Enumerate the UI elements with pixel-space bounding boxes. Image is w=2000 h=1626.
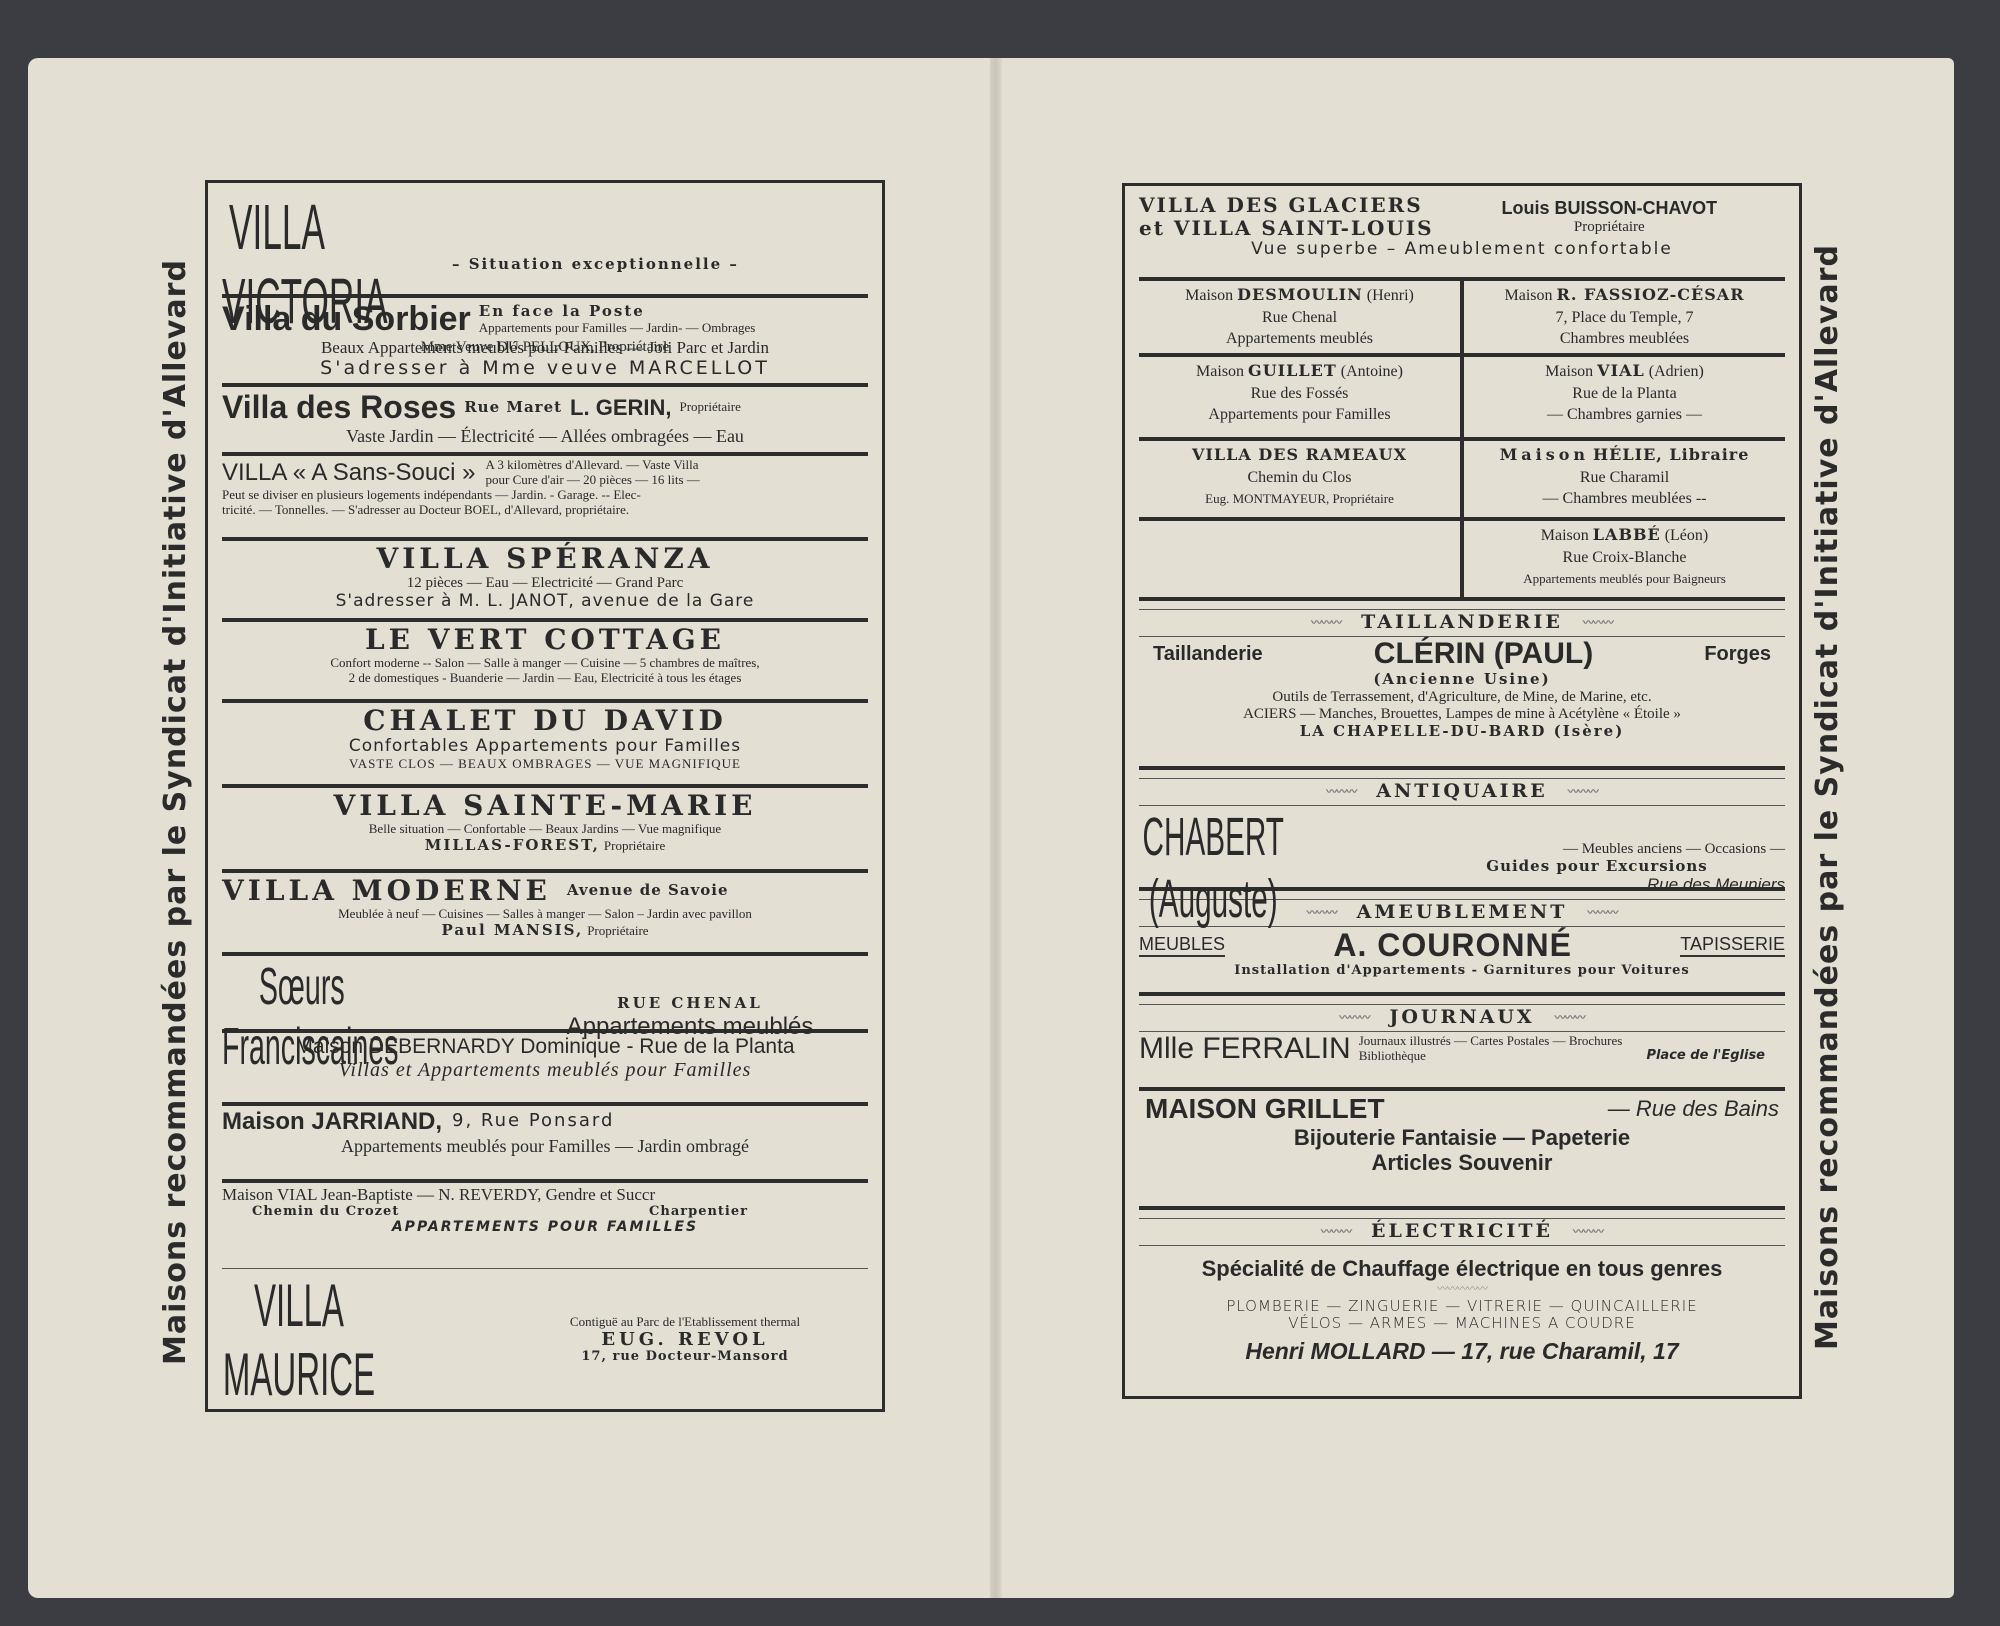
cell-prefix: Maison bbox=[1541, 527, 1589, 544]
ad-line: APPARTEMENTS POUR FAMILLES bbox=[222, 1219, 868, 1235]
ad-title: A. COURONNÉ bbox=[1333, 927, 1572, 964]
ad-maison-jarriand: Maison JARRIAND, 9, Rue Ponsard Appartem… bbox=[222, 1106, 868, 1183]
ad-street: Avenue de Savoie bbox=[567, 882, 729, 899]
cell-name: VILLA DES RAMEAUX bbox=[1192, 445, 1407, 464]
heading-text: JOURNAUX bbox=[1389, 1006, 1534, 1028]
ad-owner: L. GERIN, bbox=[570, 395, 671, 420]
wavy-rule-icon: 〰〰〰 bbox=[1583, 616, 1613, 629]
cell-line: 7, Place du Temple, 7 bbox=[1555, 309, 1693, 326]
cell-prefix: Maison bbox=[1196, 363, 1244, 380]
ad-line: Articles Souvenir bbox=[1139, 1150, 1785, 1175]
ad-owner-role: Propriétaire bbox=[680, 400, 741, 415]
ad-right-label: TAPISSERIE bbox=[1680, 934, 1785, 957]
ad-title: et VILLA SAINT-LOUIS bbox=[1139, 217, 1434, 240]
ad-street: 9, Rue Ponsard bbox=[452, 1111, 614, 1132]
wavy-rule-icon: 〰〰〰〰〰 bbox=[1139, 1283, 1785, 1296]
ad-line: Outils de Terrassement, d'Agriculture, d… bbox=[1139, 689, 1785, 706]
ad-line: Vaste Jardin — Électricité — Allées ombr… bbox=[222, 426, 868, 447]
ad-owner-role: Propriétaire bbox=[587, 923, 648, 938]
ad-owner: EUG. REVOL bbox=[502, 1330, 868, 1351]
cell-suffix: (Henri) bbox=[1367, 287, 1414, 304]
ad-taillanderie: 〰〰〰TAILLANDERIE〰〰〰 Taillanderie CLÉRIN (… bbox=[1139, 601, 1785, 770]
ad-owner-role: Propriétaire bbox=[604, 838, 665, 853]
cell-line: Rue de la Planta bbox=[1572, 385, 1676, 402]
ad-chalet-du-david: CHALET DU DAVID Confortables Appartement… bbox=[222, 703, 868, 788]
ad-line: Meublée à neuf — Cuisines — Salles à man… bbox=[222, 907, 868, 922]
ad-soeurs-franciscaines: Sœurs Franciscaines RUE CHENAL Apparteme… bbox=[222, 956, 868, 1033]
ad-title: CHABERT (Auguste) bbox=[1139, 806, 1288, 930]
ad-le-vert-cottage: LE VERT COTTAGE Confort moderne -- Salon… bbox=[222, 622, 868, 703]
cell-name: HÉLIE, Libraire bbox=[1593, 445, 1749, 464]
ad-title: LE VERT COTTAGE bbox=[222, 624, 868, 656]
cell-line: Rue Chenal bbox=[1262, 309, 1337, 326]
ad-title: Maison VIAL Jean-Baptiste — N. REVERDY, … bbox=[222, 1185, 868, 1205]
ad-line: tricité. — Tonnelles. — S'adresser au Do… bbox=[222, 503, 868, 518]
listing-row: Maison GUILLET (Antoine)Rue des FossésAp… bbox=[1139, 357, 1785, 441]
ad-line: En face la Poste bbox=[479, 303, 756, 320]
ad-street: Rue Maret bbox=[464, 399, 562, 416]
ad-tagline: – Situation exceptionnelle – bbox=[452, 256, 739, 273]
ad-title: VILLA SPÉRANZA bbox=[222, 543, 868, 575]
listing-cell-empty bbox=[1139, 521, 1464, 597]
listing-cell: VILLA DES RAMEAUXChemin du ClosEug. MONT… bbox=[1139, 441, 1464, 517]
ad-line: Rue des Meuniers bbox=[1409, 875, 1785, 895]
cell-line: — Chambres meublées -- bbox=[1543, 490, 1707, 507]
cell-suffix: (Adrien) bbox=[1649, 363, 1704, 380]
ad-antiquaire: 〰〰〰ANTIQUAIRE〰〰〰 CHABERT (Auguste) — Meu… bbox=[1139, 770, 1785, 891]
ad-title: VILLA MODERNE bbox=[222, 875, 551, 907]
ad-right-label: Forges bbox=[1704, 643, 1771, 666]
ad-line: Spécialité de Chauffage électrique en to… bbox=[1139, 1256, 1785, 1281]
side-caption-right: Maisons recommandées par le Syndicat d'I… bbox=[1810, 244, 1845, 1350]
ad-line: pour Cure d'air — 20 pièces — 16 lits — bbox=[486, 473, 700, 488]
ad-street: — Rue des Bains bbox=[1608, 1096, 1779, 1121]
ad-line: VÉLOS — ARMES — MACHINES A COUDRE bbox=[1139, 1315, 1785, 1332]
listing-cell: Maison VIAL (Adrien)Rue de la Planta— Ch… bbox=[1464, 357, 1785, 437]
ad-line: 2 de domestiques - Buanderie — Jardin — … bbox=[222, 671, 868, 686]
cell-line: Eug. MONTMAYEUR, Propriétaire bbox=[1205, 491, 1394, 506]
listing-cell: Maison R. FASSIOZ-CÉSAR7, Place du Templ… bbox=[1464, 281, 1785, 353]
ad-line: Mme Veuve DU PELLOUX, Propriétaire bbox=[222, 339, 868, 356]
ad-line: VASTE CLOS — BEAUX OMBRAGES — VUE MAGNIF… bbox=[222, 757, 868, 772]
cell-line: Rue Charamil bbox=[1580, 469, 1669, 486]
ad-villa-speranza: VILLA SPÉRANZA 12 pièces — Eau — Electri… bbox=[222, 541, 868, 622]
ad-title: CLÉRIN (PAUL) bbox=[1374, 637, 1593, 672]
ad-title: VILLA VICTORIA bbox=[222, 191, 332, 338]
ad-owner-role: Propriétaire bbox=[1434, 219, 1785, 236]
wavy-rule-icon: 〰〰〰 bbox=[1321, 1225, 1351, 1238]
ad-villa-sans-souci: VILLA « A Sans-Souci » A 3 kilomètres d'… bbox=[222, 456, 868, 541]
ad-sub: (Ancienne Usine) bbox=[1139, 671, 1785, 688]
cell-line: Chemin du Clos bbox=[1247, 469, 1351, 486]
ad-title: Villa des Roses bbox=[222, 389, 456, 426]
wavy-rule-icon: 〰〰〰 bbox=[1339, 1011, 1369, 1024]
cell-suffix: (Antoine) bbox=[1341, 363, 1403, 380]
listing-cell: Maison GUILLET (Antoine)Rue des FossésAp… bbox=[1139, 357, 1464, 437]
ad-line: Confortables Appartements pour Familles bbox=[222, 737, 868, 757]
ad-title: Mlle FERRALIN bbox=[1139, 1032, 1351, 1067]
ad-line: PLOMBERIE — ZINGUERIE — VITRERIE — QUINC… bbox=[1139, 1298, 1785, 1315]
ad-line: Henri MOLLARD — 17, rue Charamil, 17 bbox=[1139, 1338, 1785, 1364]
book-gutter bbox=[990, 58, 1002, 1598]
cell-line: Rue des Fossés bbox=[1251, 385, 1349, 402]
listing-cell: Maison HÉLIE, LibraireRue Charamil— Cham… bbox=[1464, 441, 1785, 517]
section-heading: 〰〰〰ANTIQUAIRE〰〰〰 bbox=[1139, 778, 1785, 806]
ad-title: VILLA « A Sans-Souci » bbox=[222, 459, 476, 487]
cell-line: — Chambres garnies — bbox=[1547, 406, 1702, 423]
cell-name: R. FASSIOZ-CÉSAR bbox=[1557, 285, 1745, 304]
listing-cell: Maison DESMOULIN (Henri)Rue ChenalAppart… bbox=[1139, 281, 1464, 353]
ad-line: Bijouterie Fantaisie — Papeterie bbox=[1139, 1125, 1785, 1150]
cell-line: Appartements meublés pour Baigneurs bbox=[1523, 571, 1726, 586]
ad-electricite: 〰〰〰ÉLECTRICITÉ〰〰〰 Spécialité de Chauffag… bbox=[1139, 1210, 1785, 1405]
ad-line: Chemin du Crozet bbox=[252, 1205, 399, 1220]
ad-journaux: 〰〰〰JOURNAUX〰〰〰 Mlle FERRALIN Journaux il… bbox=[1139, 996, 1785, 1091]
cell-line: Appartements pour Familles bbox=[1208, 406, 1390, 423]
wavy-rule-icon: 〰〰〰 bbox=[1326, 785, 1356, 798]
ad-left-label: Taillanderie bbox=[1153, 643, 1263, 666]
ad-line: 17, rue Docteur-Mansord bbox=[502, 1350, 868, 1365]
cell-name: VIAL bbox=[1597, 361, 1645, 380]
ad-line: Journaux illustrés — Cartes Postales — B… bbox=[1359, 1034, 1785, 1049]
ad-line: RUE CHENAL bbox=[512, 995, 868, 1012]
ad-title: Sœurs Franciscaines bbox=[222, 958, 382, 1078]
heading-text: TAILLANDERIE bbox=[1361, 611, 1563, 633]
ad-owner: Paul MANSIS, bbox=[441, 921, 583, 939]
ad-line: Appartements pour Familles — Jardin- — O… bbox=[479, 321, 756, 336]
cell-line: Chambres meublées bbox=[1560, 330, 1689, 347]
ad-title: VILLA SAINTE-MARIE bbox=[222, 790, 868, 822]
ad-line: Charpentier bbox=[649, 1205, 748, 1220]
heading-text: ANTIQUAIRE bbox=[1376, 780, 1548, 802]
ad-line: — Meubles anciens — Occasions — bbox=[1409, 841, 1785, 858]
ad-line: S'adresser à M. L. JANOT, avenue de la G… bbox=[222, 592, 868, 612]
ad-line: 12 pièces — Eau — Electricité — Grand Pa… bbox=[222, 575, 868, 592]
section-heading: 〰〰〰TAILLANDERIE〰〰〰 bbox=[1139, 609, 1785, 637]
ad-line: ACIERS — Manches, Brouettes, Lampes de m… bbox=[1139, 706, 1785, 723]
ad-villa-des-glaciers: VILLA DES GLACIERS et VILLA SAINT-LOUIS … bbox=[1139, 192, 1785, 281]
ad-title: Maison JARRIAND, bbox=[222, 1108, 442, 1136]
ad-line: Belle situation — Confortable — Beaux Ja… bbox=[222, 822, 868, 837]
cell-line: Appartements meublés bbox=[1226, 330, 1373, 347]
ad-line: Vue superbe – Ameublement confortable bbox=[1139, 240, 1785, 260]
ad-owner: MILLAS-FOREST, bbox=[425, 836, 600, 854]
wavy-rule-icon: 〰〰〰 bbox=[1573, 1225, 1603, 1238]
ad-line: LA CHAPELLE-DU-BARD (Isère) bbox=[1139, 723, 1785, 740]
ad-line: Peut se diviser en plusieurs logements i… bbox=[222, 488, 868, 503]
cell-name: DESMOULIN bbox=[1237, 285, 1363, 304]
ad-title: MAISON GRILLET bbox=[1145, 1093, 1385, 1125]
ad-maison-vial-jean-baptiste: Maison VIAL Jean-Baptiste — N. REVERDY, … bbox=[222, 1183, 868, 1269]
heading-text: AMEUBLEMENT bbox=[1357, 901, 1568, 923]
ad-line: Place de l'Eglise bbox=[1646, 1049, 1765, 1064]
left-ad-frame: VILLA VICTORIA – Situation exceptionnell… bbox=[205, 180, 885, 1412]
ad-line: Guides pour Excursions bbox=[1409, 858, 1785, 875]
ad-villa-maurice: VILLA MAURICE Contiguë au Parc de l'Etab… bbox=[222, 1269, 868, 1354]
listing-row: VILLA DES RAMEAUXChemin du ClosEug. MONT… bbox=[1139, 441, 1785, 521]
ad-line: Installation d'Appartements - Garnitures… bbox=[1139, 964, 1785, 979]
wavy-rule-icon: 〰〰〰 bbox=[1587, 906, 1617, 919]
wavy-rule-icon: 〰〰〰 bbox=[1307, 906, 1337, 919]
ad-villa-victoria: VILLA VICTORIA – Situation exceptionnell… bbox=[222, 189, 868, 298]
cell-prefix: Maison bbox=[1185, 287, 1233, 304]
listing-cell: Maison LABBÉ (Léon)Rue Croix-BlancheAppa… bbox=[1464, 521, 1785, 597]
ad-owner: Louis BUISSON-CHAVOT bbox=[1434, 198, 1785, 219]
ad-title: VILLA DES GLACIERS bbox=[1139, 194, 1434, 217]
ad-title: VILLA MAURICE bbox=[222, 1271, 376, 1409]
listing-row: Maison LABBÉ (Léon)Rue Croix-BlancheAppa… bbox=[1139, 521, 1785, 601]
ad-line: A 3 kilomètres d'Allevard. — Vaste Villa bbox=[486, 458, 700, 473]
wavy-rule-icon: 〰〰〰 bbox=[1568, 785, 1598, 798]
ad-maison-grillet: MAISON GRILLET — Rue des Bains Bijouteri… bbox=[1139, 1091, 1785, 1210]
side-caption-left: Maisons recommandées par le Syndicat d'I… bbox=[158, 259, 193, 1365]
cell-name: LABBÉ bbox=[1593, 525, 1661, 544]
ad-line: Contiguë au Parc de l'Etablissement ther… bbox=[502, 1315, 868, 1330]
ad-title: CHALET DU DAVID bbox=[222, 705, 868, 737]
ad-villa-des-roses: Villa des Roses Rue Maret L. GERIN, Prop… bbox=[222, 387, 868, 456]
cell-name: GUILLET bbox=[1248, 361, 1337, 380]
cell-prefix: Maison bbox=[1545, 363, 1593, 380]
ad-villa-moderne: VILLA MODERNE Avenue de Savoie Meublée à… bbox=[222, 873, 868, 956]
cell-suffix: (Léon) bbox=[1665, 527, 1709, 544]
ad-villa-sainte-marie: VILLA SAINTE-MARIE Belle situation — Con… bbox=[222, 788, 868, 873]
section-heading: 〰〰〰ÉLECTRICITÉ〰〰〰 bbox=[1139, 1218, 1785, 1246]
section-heading: 〰〰〰JOURNAUX〰〰〰 bbox=[1139, 1004, 1785, 1032]
heading-text: ÉLECTRICITÉ bbox=[1371, 1220, 1553, 1242]
cell-prefix: Maison bbox=[1505, 287, 1553, 304]
cell-prefix: Maison bbox=[1500, 445, 1589, 464]
ad-line: Bibliothèque bbox=[1359, 1049, 1426, 1064]
right-ad-frame: VILLA DES GLACIERS et VILLA SAINT-LOUIS … bbox=[1122, 183, 1802, 1399]
ad-line: Confort moderne -- Salon — Salle à mange… bbox=[222, 656, 868, 671]
listing-row: Maison DESMOULIN (Henri)Rue ChenalAppart… bbox=[1139, 281, 1785, 357]
cell-line: Rue Croix-Blanche bbox=[1563, 549, 1687, 566]
wavy-rule-icon: 〰〰〰 bbox=[1555, 1011, 1585, 1024]
ad-left-label: MEUBLES bbox=[1139, 934, 1225, 957]
wavy-rule-icon: 〰〰〰 bbox=[1311, 616, 1341, 629]
ad-line: Appartements meublés pour Familles — Jar… bbox=[222, 1136, 868, 1157]
